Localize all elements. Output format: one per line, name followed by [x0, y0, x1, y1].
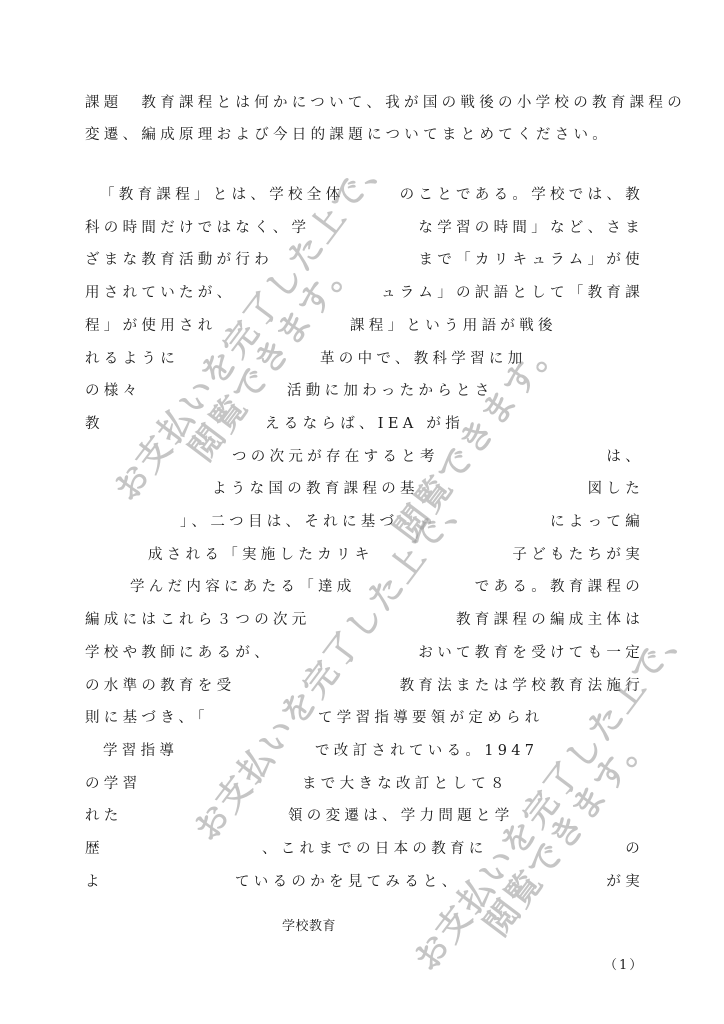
essay-line: よているのかを見てみると、が実 [0, 871, 724, 893]
essay-line: 学んだ内容にあたる「達成である。教育課程の [0, 576, 724, 598]
essay-line-right-fragment: 図した [588, 478, 644, 500]
essay-line-left-fragment: 「教育課程」とは、学校全体 [100, 184, 344, 206]
essay-line: 成される「実施したカリキ子どもたちが実 [0, 544, 724, 566]
page-number: （1） [604, 954, 644, 973]
essay-line-right-fragment: は、 [606, 446, 644, 468]
essay-line-middle-fragment: 」、二つ目は、それに基づ [180, 511, 398, 533]
essay-line-middle-fragment: 領の変遷は、学力問題と学 [288, 805, 514, 827]
essay-line-right-fragment: 教育課程の編成主体は [456, 609, 644, 631]
essay-line: れるように革の中で、教科学習に加 [0, 348, 724, 370]
essay-line-right-fragment: が実 [606, 871, 644, 893]
essay-line: 則に基づき、「て学習指導要領が定められ [0, 707, 724, 729]
essay-line: 編成にはこれら３つの次元教育課程の編成主体は [0, 609, 724, 631]
essay-line: 科の時間だけではなく、学な学習の時間」など、さま [0, 217, 724, 239]
essay-line-right-fragment: によって編 [550, 511, 644, 533]
essay-line-middle-fragment: まで「カリキュラム」が使 [419, 249, 644, 271]
essay-line-left-fragment: 用されていたが、 [85, 282, 235, 304]
essay-line-right-fragment: である。教育課程の [475, 576, 644, 598]
footer-label: 学校教育 [282, 915, 336, 934]
essay-line-middle-fragment: 革の中で、教科学習に加 [320, 348, 527, 370]
essay-line-middle-fragment: まで大きな改訂として８ [302, 773, 509, 795]
essay-line: 」、二つ目は、それに基づによって編 [0, 511, 724, 533]
essay-line: 教えるならば、IEA が指 [0, 413, 724, 435]
essay-line-left-fragment: れた [85, 805, 123, 827]
essay-line: 学習指導で改訂されている。1947 [0, 740, 724, 762]
essay-line: 歴、これまでの日本の教育にの [0, 838, 724, 860]
essay-line-middle-fragment: な学習の時間」など、さま [418, 217, 644, 239]
document-page: 課題 教育課程とは何かについて、我が国の戦後の小学校の教育課程の 変遷、編成原理… [0, 0, 724, 1024]
essay-line-left-fragment: 学習指導 [103, 740, 178, 762]
essay-line-right-fragment: 子どもたちが実 [512, 544, 644, 566]
essay-line-right-fragment: の [625, 838, 644, 860]
essay-line: 程」が使用され課程」という用語が戦後 [0, 315, 724, 337]
essay-line-middle-fragment: て学習指導要領が定められ [318, 707, 544, 729]
essay-line-middle-fragment: えるならば、IEA が指 [265, 413, 464, 435]
essay-line: ざまな教育活動が行わまで「カリキュラム」が使 [0, 249, 724, 271]
essay-line-left-fragment: よ [85, 871, 104, 893]
essay-line-middle-fragment: ような国の教育課程の基 [212, 478, 419, 500]
essay-line-left-fragment: 教 [85, 413, 104, 435]
essay-line: の水準の教育を受教育法または学校教育法施行 [0, 675, 724, 697]
essay-line: ような国の教育課程の基図した [0, 478, 724, 500]
essay-line-left-fragment: 則に基づき、「 [85, 707, 209, 729]
essay-line-left-fragment: ざまな教育活動が行わ [85, 249, 273, 271]
essay-line-left-fragment: の水準の教育を受 [85, 675, 235, 697]
essay-line-right-fragment: おいて教育を受けても一定 [418, 642, 644, 664]
essay-line-middle-fragment: 学んだ内容にあたる「達成 [130, 576, 356, 598]
essay-line-left-fragment: 歴 [85, 838, 104, 860]
essay-line-left-fragment: 編成にはこれら３つの次元 [85, 609, 311, 631]
essay-line-middle-fragment: ているのかを見てみると、 [235, 871, 461, 893]
essay-line: れた領の変遷は、学力問題と学 [0, 805, 724, 827]
assignment-line-2: 変遷、編成原理および今日的課題についてまとめてください。 [85, 124, 611, 146]
essay-line-middle-fragment: 課程」という用語が戦後 [350, 315, 557, 337]
essay-line: の学習まで大きな改訂として８ [0, 773, 724, 795]
essay-line: 「教育課程」とは、学校全体のことである。学校では、教 [0, 184, 724, 206]
essay-line: 用されていたが、ュラム」の訳語として「教育課 [0, 282, 724, 304]
essay-line-left-fragment: れるように [85, 348, 179, 370]
essay-line-left-fragment: の学習 [85, 773, 141, 795]
essay-line-right-fragment: 教育法または学校教育法施行 [400, 675, 644, 697]
essay-line-middle-fragment: 成される「実施したカリキ [148, 544, 374, 566]
essay-line-middle-fragment: で改訂されている。1947 [315, 740, 538, 762]
essay-line-left-fragment: 科の時間だけではなく、学 [85, 217, 310, 239]
essay-line-left-fragment: 学校や教師にあるが、 [85, 642, 273, 664]
essay-line-left-fragment: 程」が使用され [85, 315, 217, 337]
essay-line-middle-fragment: ュラム」の訳語として「教育課 [381, 282, 644, 304]
essay-line-left-fragment: の様々 [85, 380, 141, 402]
essay-line-middle-fragment: 、これまでの日本の教育に [262, 838, 488, 860]
assignment-line-1: 課題 教育課程とは何かについて、我が国の戦後の小学校の教育課程の [85, 92, 686, 114]
essay-line-middle-fragment: のことである。学校では、教 [400, 184, 644, 206]
essay-line-middle-fragment: つの次元が存在すると考 [232, 446, 439, 468]
essay-line-middle-fragment: 活動に加わったからとさ [287, 380, 494, 402]
essay-line: の様々活動に加わったからとさ [0, 380, 724, 402]
essay-line: 学校や教師にあるが、おいて教育を受けても一定 [0, 642, 724, 664]
essay-line: つの次元が存在すると考は、 [0, 446, 724, 468]
